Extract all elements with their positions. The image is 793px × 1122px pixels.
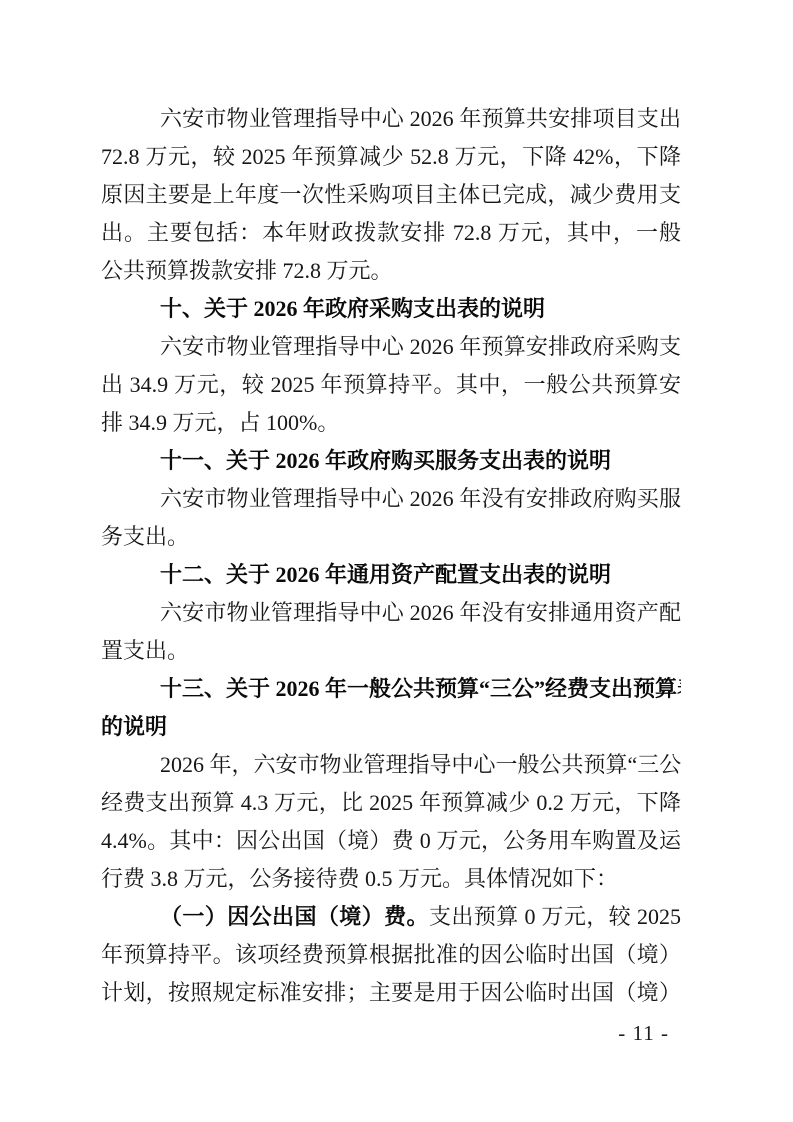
- paragraph-1-line-4: 出。主要包括：本年财政拨款安排 72.8 万元，其中，一般: [101, 214, 681, 252]
- paragraph-1-line-1: 六安市物业管理指导中心 2026 年预算共安排项目支出: [101, 100, 681, 138]
- paragraph-2-line-1: 六安市物业管理指导中心 2026 年预算安排政府采购支: [101, 328, 681, 366]
- section-heading-12: 十二、关于 2026 年通用资产配置支出表的说明: [101, 556, 681, 594]
- page-number: - 11 -: [101, 1014, 669, 1052]
- paragraph-1-line-3: 原因主要是上年度一次性采购项目主体已完成，减少费用支: [101, 176, 681, 214]
- paragraph-1-line-2: 72.8 万元，较 2025 年预算减少 52.8 万元，下降 42%，下降: [101, 138, 681, 176]
- paragraph-2-line-3: 排 34.9 万元，占 100%。: [101, 404, 681, 442]
- paragraph-6-line-1-rest: 支出预算 0 万元，较 2025: [429, 904, 681, 929]
- paragraph-6-line-2: 年预算持平。该项经费预算根据批准的因公临时出国（境）: [101, 936, 681, 974]
- paragraph-3-line-2: 务支出。: [101, 518, 681, 556]
- paragraph-6-line-1: （一）因公出国（境）费。支出预算 0 万元，较 2025: [101, 898, 681, 936]
- section-heading-11: 十一、关于 2026 年政府购买服务支出表的说明: [101, 442, 681, 480]
- budget-document-page: 六安市物业管理指导中心 2026 年预算共安排项目支出 72.8 万元，较 20…: [0, 0, 793, 1122]
- paragraph-5-line-2: 经费支出预算 4.3 万元，比 2025 年预算减少 0.2 万元，下降: [101, 784, 681, 822]
- document-body: 六安市物业管理指导中心 2026 年预算共安排项目支出 72.8 万元，较 20…: [101, 100, 681, 1012]
- paragraph-5-line-4: 行费 3.8 万元，公务接待费 0.5 万元。具体情况如下：: [101, 860, 681, 898]
- paragraph-5-line-1: 2026 年，六安市物业管理指导中心一般公共预算“三公”: [101, 746, 681, 784]
- paragraph-1-line-5: 公共预算拨款安排 72.8 万元。: [101, 252, 681, 290]
- paragraph-2-line-2: 出 34.9 万元，较 2025 年预算持平。其中，一般公共预算安: [101, 366, 681, 404]
- paragraph-6-line-3: 计划，按照规定标准安排；主要是用于因公临时出国（境）: [101, 974, 681, 1012]
- paragraph-5-line-3: 4.4%。其中：因公出国（境）费 0 万元，公务用车购置及运: [101, 822, 681, 860]
- paragraph-3-line-1: 六安市物业管理指导中心 2026 年没有安排政府购买服: [101, 480, 681, 518]
- paragraph-4-line-2: 置支出。: [101, 632, 681, 670]
- paragraph-6-bold-lead: （一）因公出国（境）费。: [160, 904, 429, 929]
- section-heading-13-line-2: 的说明: [101, 708, 681, 746]
- paragraph-4-line-1: 六安市物业管理指导中心 2026 年没有安排通用资产配: [101, 594, 681, 632]
- section-heading-13-line-1: 十三、关于 2026 年一般公共预算“三公”经费支出预算表: [101, 670, 681, 708]
- section-heading-10: 十、关于 2026 年政府采购支出表的说明: [101, 290, 681, 328]
